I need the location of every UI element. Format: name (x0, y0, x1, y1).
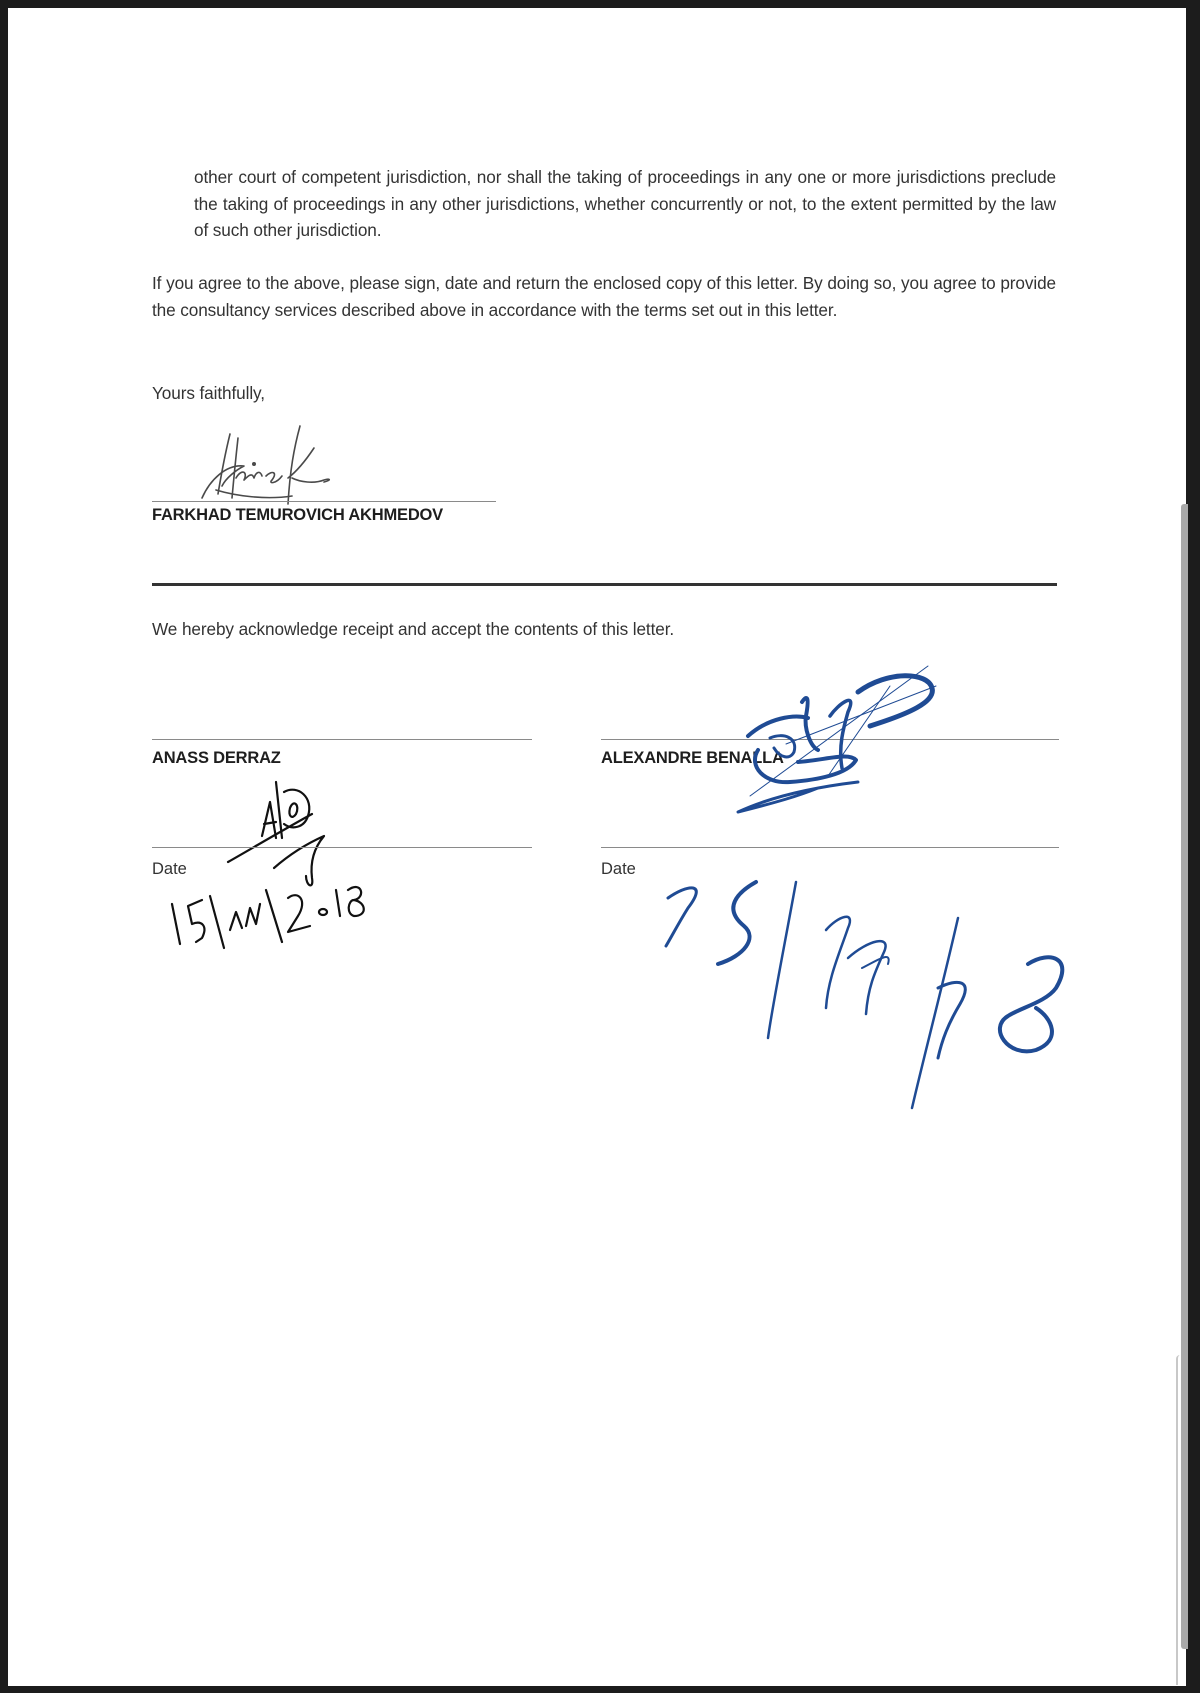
signatory-1-date-label: Date (152, 860, 187, 879)
signatory-2-date-line (601, 847, 1059, 848)
closing-salutation: Yours faithfully, (152, 380, 265, 407)
section-divider (152, 583, 1057, 586)
signatory-2-signature (698, 656, 968, 836)
page-edge-indicator (1176, 1355, 1180, 1685)
signatory-2-date-label: Date (601, 860, 636, 879)
paragraph-agreement: If you agree to the above, please sign, … (152, 270, 1056, 323)
signatory-1-handwritten-date (168, 876, 398, 956)
scrollbar-track[interactable] (1186, 8, 1200, 1686)
sender-name: FARKHAD TEMUROVICH AKHMEDOV (152, 506, 443, 525)
document-page: other court of competent jurisdiction, n… (8, 8, 1186, 1686)
paragraph-jurisdiction: other court of competent jurisdiction, n… (194, 164, 1056, 244)
signatory-1-name: ANASS DERRAZ (152, 749, 281, 768)
sender-signature-line (152, 501, 496, 502)
signatory-2-handwritten-date (648, 868, 1068, 1128)
acknowledgement-text: We hereby acknowledge receipt and accept… (152, 616, 674, 643)
signatory-1-signature (226, 778, 336, 888)
signatory-1-date-line (152, 847, 532, 848)
scrollbar-thumb[interactable] (1181, 504, 1188, 1649)
sender-signature (196, 420, 376, 510)
signatory-2-signature-line (601, 739, 1059, 740)
signatory-1-signature-line (152, 739, 532, 740)
signatory-2-name: ALEXANDRE BENALLA (601, 749, 784, 768)
